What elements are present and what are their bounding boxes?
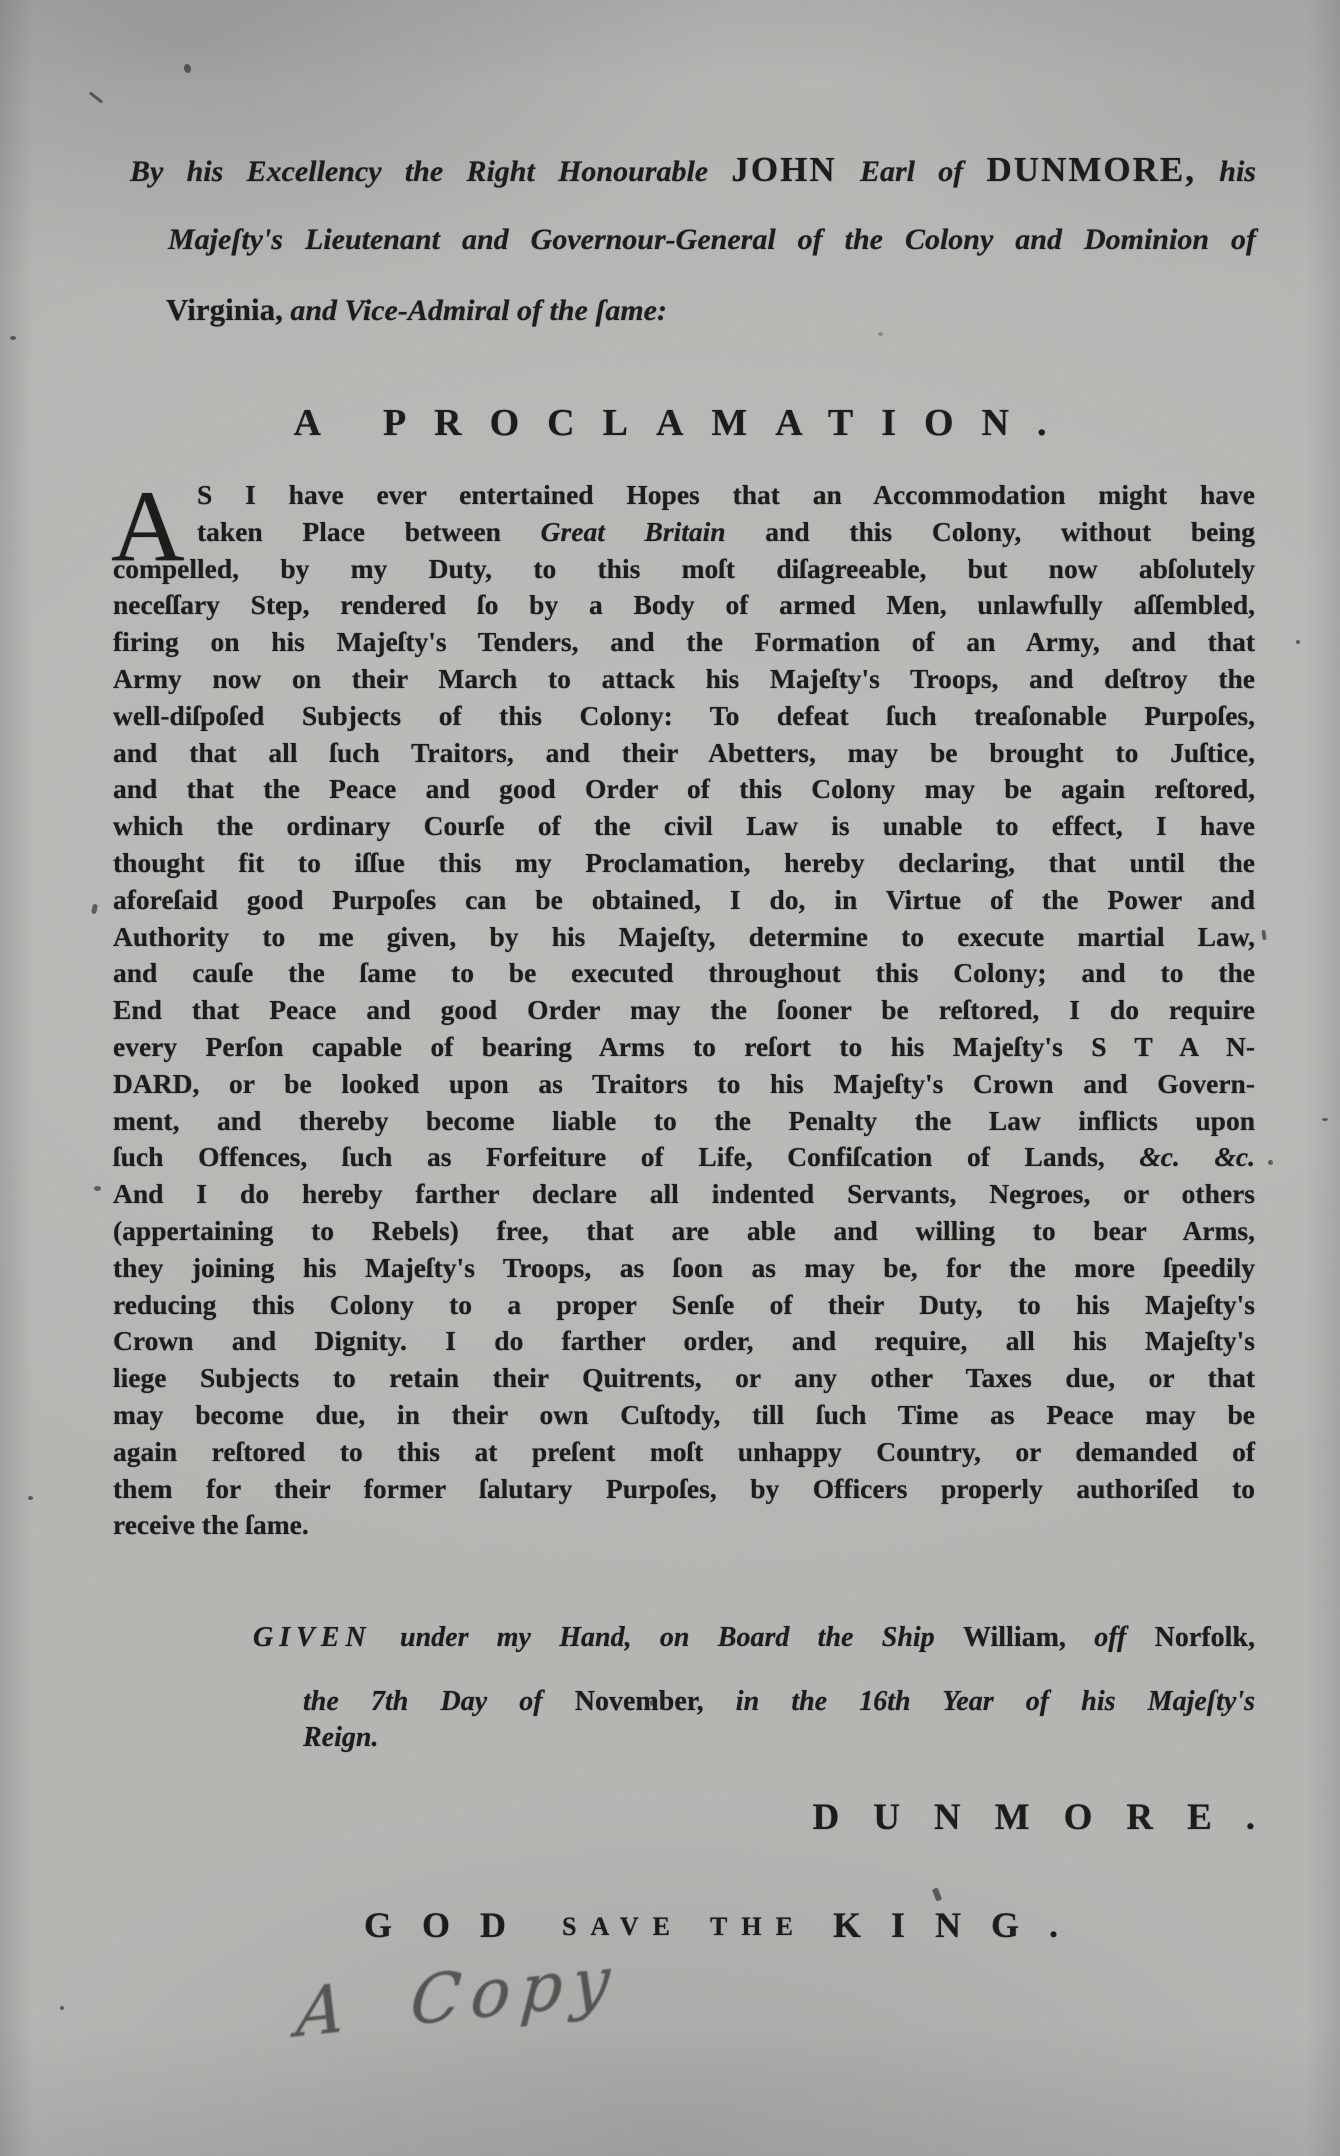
body-line: firing on his Majeſty's Tenders, and the… (113, 624, 1255, 661)
paper-speck (91, 904, 98, 915)
body-line: thought fit to iſſue this my Proclamatio… (113, 845, 1255, 882)
body-line: ſuch Offences, ſuch as Forfeiture of Lif… (113, 1139, 1255, 1176)
body-line: again reſtored to this at preſent moſt u… (113, 1434, 1255, 1471)
body-line: every Perſon capable of bearing Arms to … (113, 1029, 1255, 1066)
body-line: may become due, in their own Cuſtody, ti… (113, 1397, 1255, 1434)
motto-word: SAVE (562, 1912, 684, 1941)
body-text: ſuch Offences, ſuch as Forfeiture of Lif… (113, 1141, 1139, 1172)
paper-speck (650, 1700, 654, 1706)
dateline-line-2: the 7th Day of November, in the 16th Yea… (113, 1684, 1255, 1720)
paper-speck (878, 332, 883, 336)
dateline-text: off (1066, 1622, 1155, 1653)
header-line-2: Majeſty's Lieutenant and Governour-Gener… (130, 220, 1256, 290)
document-header: By his Excellency the Right Honourable J… (130, 150, 1256, 360)
header-text: By his Excellency the Right Honourable (130, 155, 731, 188)
dateline-text: the 7th Day of (303, 1686, 575, 1717)
paper-speck (183, 63, 192, 74)
paper-speck (1268, 1160, 1273, 1165)
body-line: well-diſpoſed Subjects of this Colony: T… (113, 698, 1255, 735)
body-line: taken Place between Great Britain and th… (113, 514, 1255, 551)
place-name: Norfolk, (1155, 1622, 1255, 1653)
month-name: November, (575, 1686, 704, 1717)
signature-dunmore: DUNMORE. (113, 1796, 1255, 1839)
dateline-line-3: Reign. (113, 1720, 1255, 1756)
motto-word: GOD (364, 1905, 536, 1945)
body-line: End that Peace and good Order may the ſo… (113, 992, 1255, 1029)
dateline-text: under my Hand, on Board the Ship (372, 1622, 963, 1653)
motto-word: KING. (833, 1905, 1088, 1945)
body-line: compelled, by my Duty, to this moſt diſa… (113, 551, 1255, 588)
title-word: PROCLAMATION. (383, 402, 1075, 444)
body-line: reducing this Colony to a proper Senſe o… (113, 1287, 1255, 1324)
given-word: GIVEN (253, 1622, 372, 1653)
body-line: Authority to me given, by his Majeſty, d… (113, 919, 1255, 956)
paper-speck (89, 91, 103, 103)
header-text: and Vice-Admiral of the ſame: (283, 294, 667, 327)
body-line: them for their former ſalutary Purpoſes,… (113, 1471, 1255, 1508)
header-line-1: By his Excellency the Right Honourable J… (130, 150, 1256, 220)
body-line: and that the Peace and good Order of thi… (113, 771, 1255, 808)
body-line: which the ordinary Courſe of the civil L… (113, 808, 1255, 845)
body-text: taken Place between (197, 516, 541, 547)
proclamation-scan-page: By his Excellency the Right Honourable J… (0, 0, 1340, 2156)
name-john: JOHN (731, 150, 836, 189)
body-line: DARD, or be looked upon as Traitors to h… (113, 1066, 1255, 1103)
dateline-line-1: GIVEN under my Hand, on Board the Ship W… (113, 1620, 1255, 1684)
handwritten-a-copy: A Copy (294, 1941, 622, 2053)
body-text-italic: Great Britain (541, 516, 726, 547)
body-line: (appertaining to Rebels) free, that are … (113, 1213, 1255, 1250)
body-line: Crown and Dignity. I do farther order, a… (113, 1323, 1255, 1360)
name-virginia: Virginia, (166, 292, 283, 327)
body-line: neceſſary Step, rendered ſo by a Body of… (113, 587, 1255, 624)
title-prefix: A (293, 402, 348, 444)
body-line: aforeſaid good Purpoſes can be obtained,… (113, 882, 1255, 919)
ship-name: William, (963, 1622, 1066, 1653)
header-text: Majeſty's Lieutenant and Governour-Gener… (168, 223, 1256, 256)
paper-speck (28, 1496, 33, 1500)
paper-speck (1296, 640, 1300, 644)
signature-text: DUNMORE. (812, 1796, 1289, 1839)
body-line: Army now on their March to attack his Ma… (113, 661, 1255, 698)
body-line: S I have ever entertained Hopes that an … (113, 477, 1255, 514)
motto-god-save-the-king: GODSAVETHEKING. (364, 1904, 1088, 1946)
body-text: and this Colony, without being (726, 516, 1255, 547)
header-text: his (1196, 155, 1256, 188)
drop-cap: A (111, 485, 185, 569)
name-dunmore: DUNMORE, (987, 150, 1196, 189)
proclamation-title: APROCLAMATION. (113, 401, 1255, 445)
dateline: GIVEN under my Hand, on Board the Ship W… (113, 1620, 1255, 1756)
body-line: they joining his Majeſty's Troops, as ſo… (113, 1250, 1255, 1287)
motto-word: THE (710, 1912, 807, 1941)
body-line: and cauſe the ſame to be executed throug… (113, 955, 1255, 992)
document-content: By his Excellency the Right Honourable J… (0, 0, 1340, 2156)
paper-speck (1261, 930, 1266, 940)
paper-speck (932, 1887, 942, 1901)
header-line-3: Virginia, and Vice-Admiral of the ſame: (130, 290, 1256, 360)
body-text-italic: &c. &c. (1139, 1141, 1255, 1172)
paper-speck (94, 1186, 101, 1191)
paper-speck (10, 336, 16, 340)
paper-speck (60, 2006, 64, 2010)
body-line: and that all ſuch Traitors, and their Ab… (113, 735, 1255, 772)
paper-speck (1322, 1118, 1328, 1121)
dateline-text: in the 16th Year of his Majeſty's (704, 1686, 1255, 1717)
body-line: receive the ſame. (113, 1507, 1255, 1544)
proclamation-body: A S I have ever entertained Hopes that a… (113, 477, 1255, 1544)
body-line: ment, and thereby become liable to the P… (113, 1103, 1255, 1140)
body-line: And I do hereby farther declare all inde… (113, 1176, 1255, 1213)
header-text: Earl of (837, 155, 987, 188)
body-line: liege Subjects to retain their Quitrents… (113, 1360, 1255, 1397)
